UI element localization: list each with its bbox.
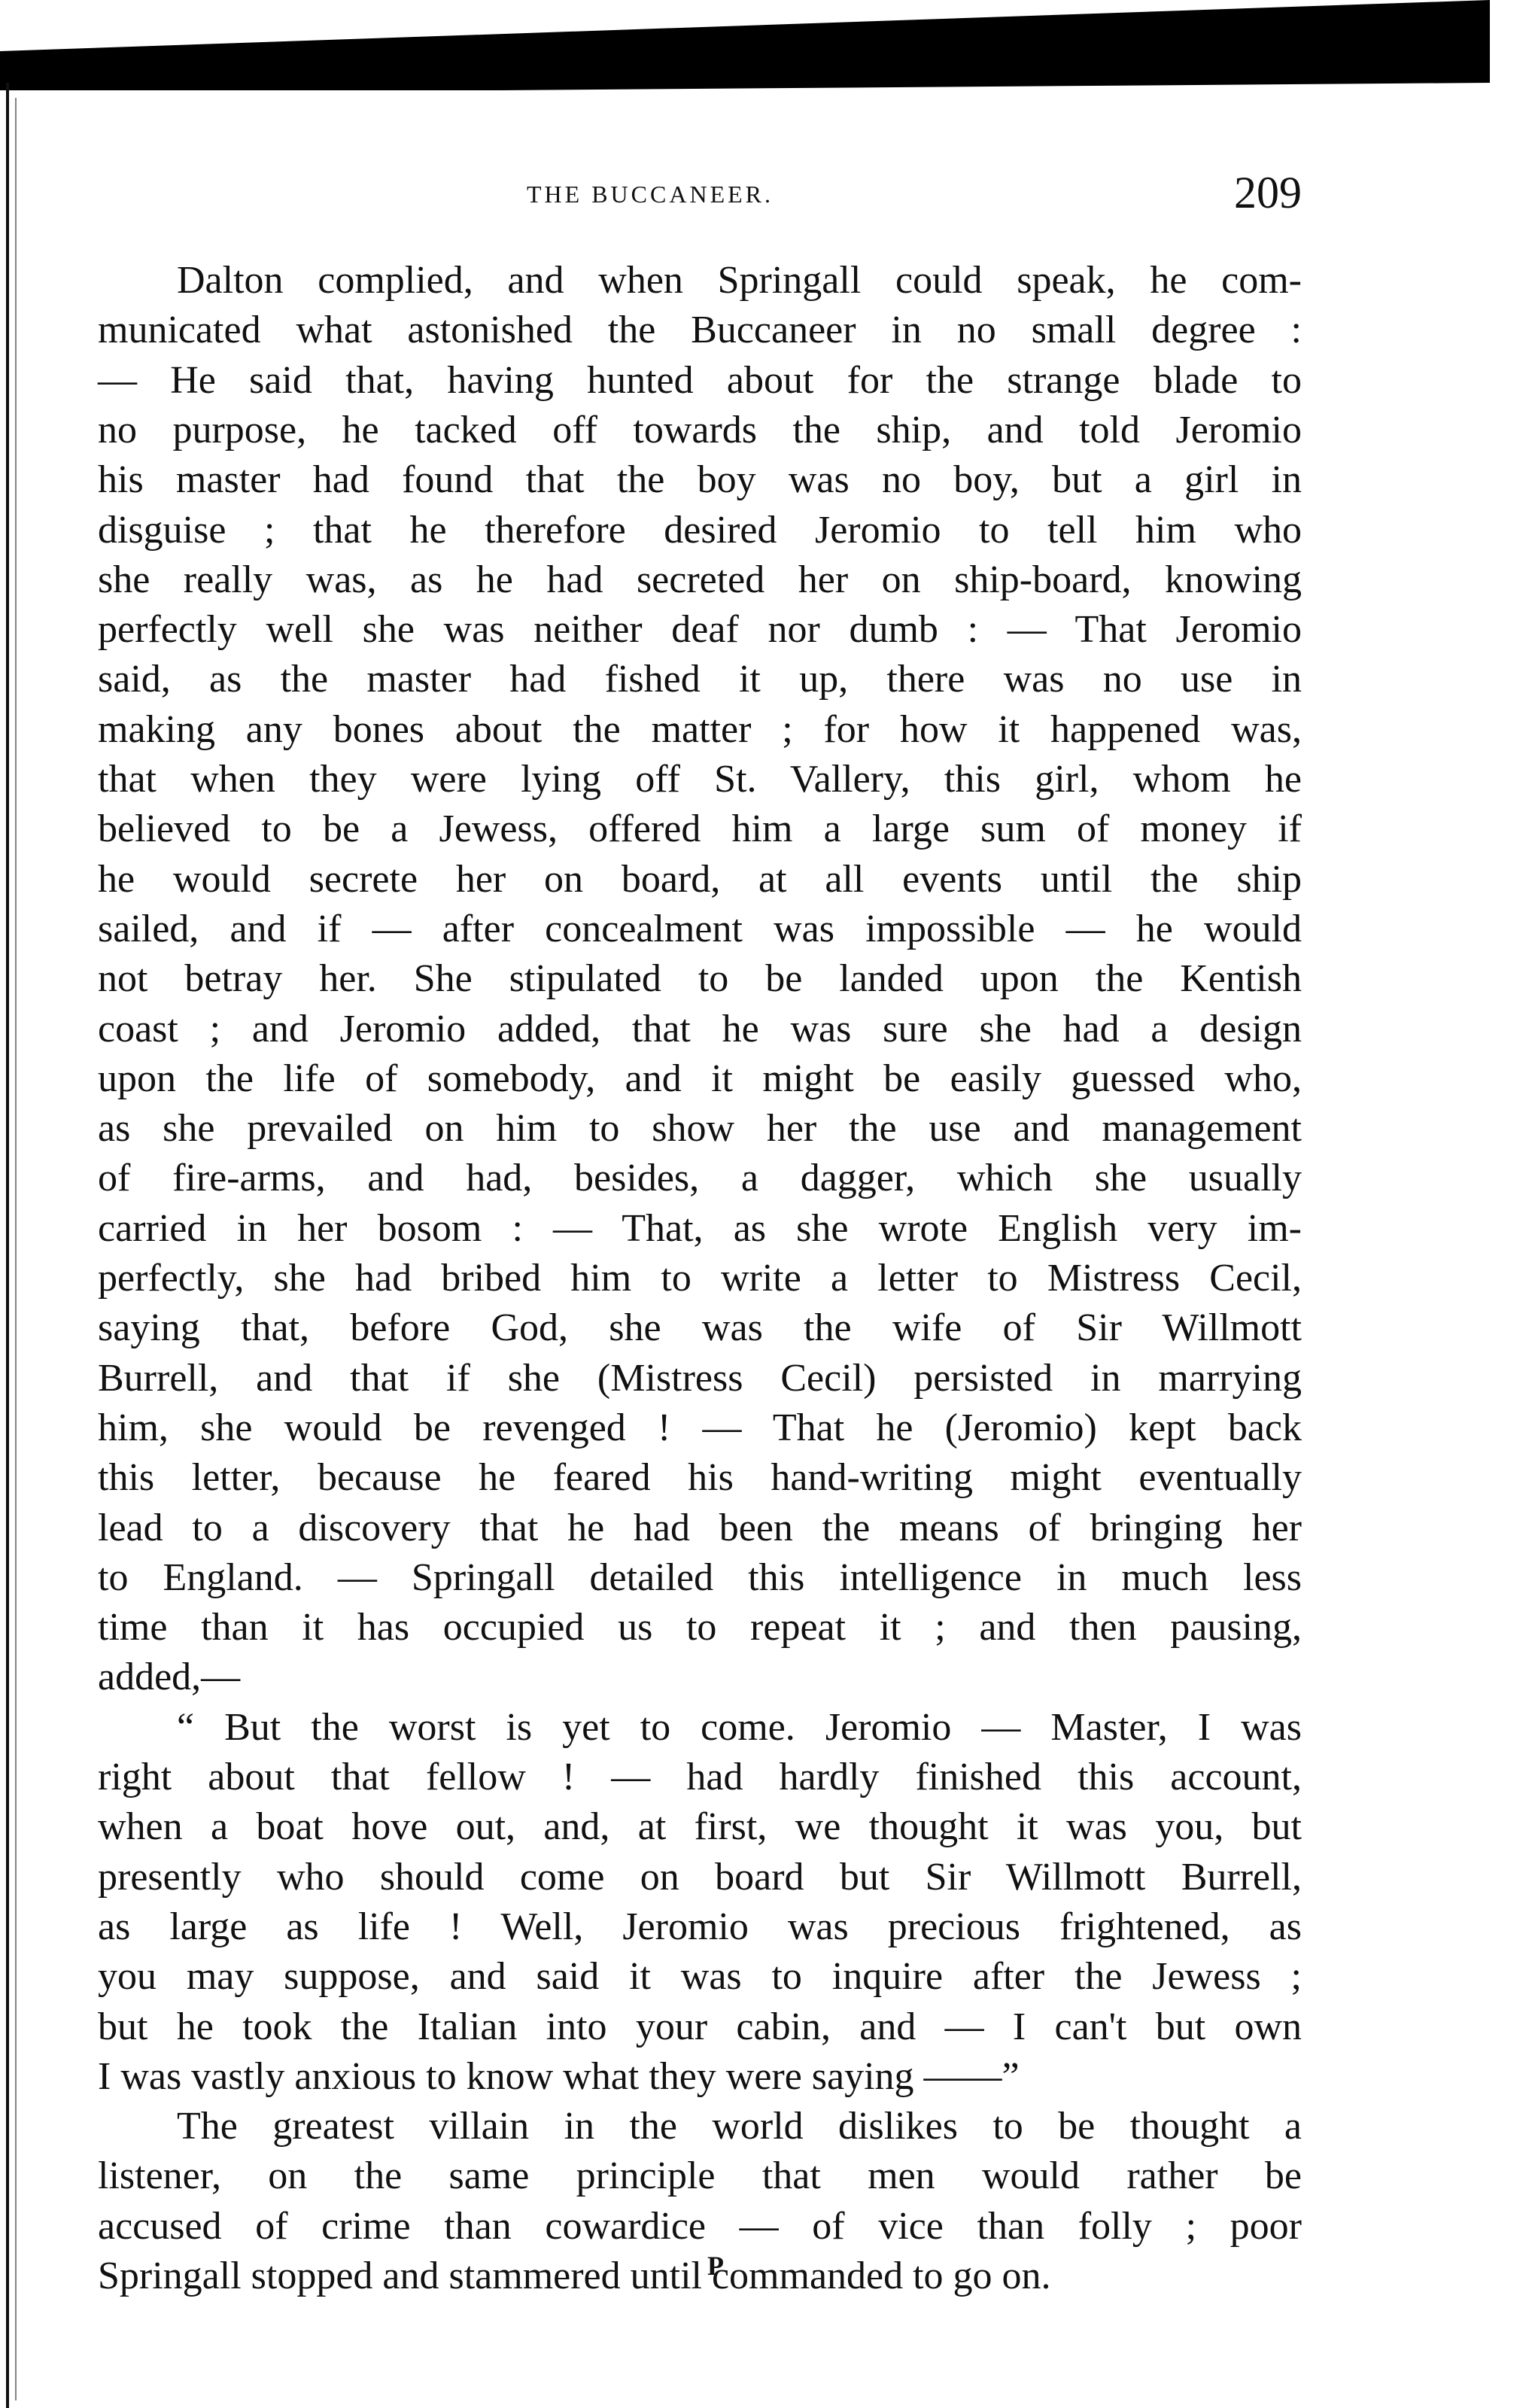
text-line: coast ; and Jeromio added, that he was s… xyxy=(98,1005,1302,1054)
text-line: “ But the worst is yet to come. Jeromio … xyxy=(177,1703,1302,1753)
text-line: saying that, before God, she was the wif… xyxy=(98,1303,1302,1353)
text-line: I was vastly anxious to know what they w… xyxy=(98,2052,1302,2102)
text-line: perfectly, she had bribed him to write a… xyxy=(98,1254,1302,1303)
text-line: believed to be a Jewess, offered him a l… xyxy=(98,804,1302,854)
text-line: disguise ; that he therefore desired Jer… xyxy=(98,506,1302,555)
text-line: this letter, because he feared his hand-… xyxy=(98,1453,1302,1503)
page-binding-edge-inner xyxy=(15,98,17,2400)
page-binding-edge xyxy=(6,83,9,2408)
text-line: sailed, and if — after concealment was i… xyxy=(98,905,1302,954)
text-line: time than it has occupied us to repeat i… xyxy=(98,1603,1302,1652)
text-line: you may suppose, and said it was to inqu… xyxy=(98,1952,1302,2002)
text-line: said, as the master had fished it up, th… xyxy=(98,655,1302,704)
text-line: Burrell, and that if she (Mistress Cecil… xyxy=(98,1354,1302,1403)
text-line: as she prevailed on him to show her the … xyxy=(98,1104,1302,1154)
text-line: to England. — Springall detailed this in… xyxy=(98,1553,1302,1603)
text-line: making any bones about the matter ; for … xyxy=(98,705,1302,755)
text-line: Springall stopped and stammered until co… xyxy=(98,2251,1302,2301)
text-line: but he took the Italian into your cabin,… xyxy=(98,2002,1302,2052)
signature-mark: P xyxy=(707,2250,724,2282)
text-line: she really was, as he had secreted her o… xyxy=(98,555,1302,605)
text-line: that when they were lying off St. Valler… xyxy=(98,755,1302,804)
text-line: he would secrete her on board, at all ev… xyxy=(98,855,1302,905)
text-line: added,— xyxy=(98,1652,1302,1702)
text-line: not betray her. She stipulated to be lan… xyxy=(98,954,1302,1004)
text-line: his master had found that the boy was no… xyxy=(98,455,1302,505)
text-line: listener, on the same principle that men… xyxy=(98,2151,1302,2201)
text-line: right about that fellow ! — had hardly f… xyxy=(98,1753,1302,1802)
scan-edge-shadow xyxy=(0,0,1490,90)
text-line: perfectly well she was neither deaf nor … xyxy=(98,605,1302,655)
text-line: carried in her bosom : — That, as she wr… xyxy=(98,1204,1302,1254)
text-line: him, she would be revenged ! — That he (… xyxy=(98,1403,1302,1453)
running-title: THE BUCCANEER. xyxy=(527,181,774,208)
page-number: 209 xyxy=(1234,167,1302,219)
text-line: The greatest villain in the world dislik… xyxy=(177,2102,1302,2151)
text-line: — He said that, having hunted about for … xyxy=(98,356,1302,406)
text-line: accused of crime than cowardice — of vic… xyxy=(98,2202,1302,2251)
text-line: as large as life ! Well, Jeromio was pre… xyxy=(98,1902,1302,1952)
text-line: lead to a discovery that he had been the… xyxy=(98,1503,1302,1553)
text-line: when a boat hove out, and, at first, we … xyxy=(98,1802,1302,1852)
text-line: upon the life of somebody, and it might … xyxy=(98,1054,1302,1104)
text-line: municated what astonished the Buccaneer … xyxy=(98,306,1302,355)
text-line: no purpose, he tacked off towards the sh… xyxy=(98,406,1302,455)
text-line: Dalton complied, and when Springall coul… xyxy=(177,256,1302,306)
text-line: of fire-arms, and had, besides, a dagger… xyxy=(98,1154,1302,1203)
text-line: presently who should come on board but S… xyxy=(98,1853,1302,1902)
